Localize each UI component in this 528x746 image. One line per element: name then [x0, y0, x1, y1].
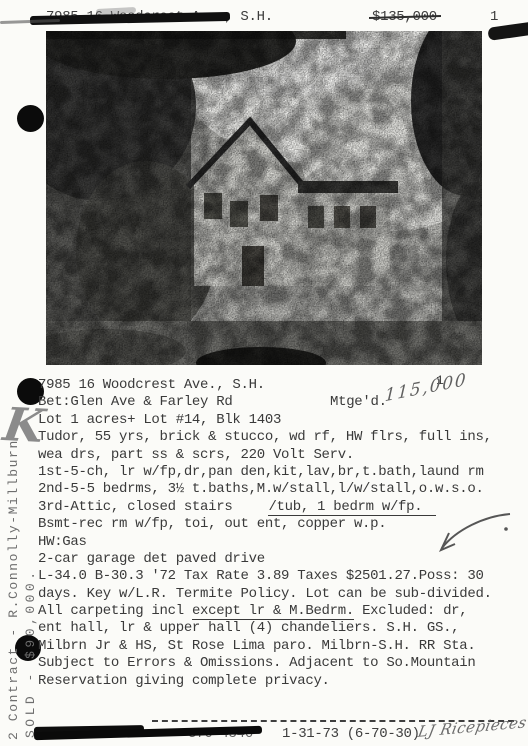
third-floor-text: 3rd-Attic, closed stairs	[38, 499, 232, 515]
third-floor-underlined-text: /tub, 1 bedrm w/fp.	[268, 499, 436, 516]
mortgage-label: Mtge'd.	[330, 394, 387, 411]
tax-row: L-34.0 B-30.3 '72 Tax Rate 3.89 Taxes $2…	[38, 568, 516, 585]
second-floor-row: 2nd-5-5 bedrms, 3½ t.baths,M.w/stall,l/w…	[38, 481, 516, 498]
reservation-row: Reservation giving complete privacy.	[38, 673, 516, 690]
listing-card-scan: 7985 16 Woodcrest Ave., S.H. $135,000 1	[0, 0, 528, 746]
description-row-2: wea drs, part ss & scrs, 220 Volt Serv.	[38, 447, 516, 464]
terms-row: days. Key w/L.R. Termite Policy. Lot can…	[38, 586, 516, 603]
first-floor-text: 1st-5-ch, lr w/fp,dr,pan den,kit,lav,br,…	[38, 464, 484, 480]
house-photo	[46, 31, 482, 365]
second-floor-text: 2nd-5-5 bedrms, 3½ t.baths,M.w/stall,l/w…	[38, 481, 484, 497]
carpet-row: All carpeting incl except lr & M.Bedrm. …	[38, 603, 516, 620]
header-line: 7985 16 Woodcrest Ave., S.H. $135,000 1	[0, 6, 528, 28]
footer-date-code: 1-31-73 (6-70-30)	[282, 726, 420, 742]
schools-text: Milbrn Jr & HS, St Rose Lima paro. Milbr…	[38, 638, 475, 654]
tax-text: L-34.0 B-30.3 '72 Tax Rate 3.89 Taxes $2…	[38, 568, 484, 584]
lot-row: Lot 1 acres+ Lot #14, Blk 1403	[38, 412, 516, 429]
first-floor-row: 1st-5-ch, lr w/fp,dr,pan den,kit,lav,br,…	[38, 464, 516, 481]
description-text: wea drs, part ss & scrs, 220 Volt Serv.	[38, 447, 354, 463]
garage-text: 2-car garage det paved drive	[38, 551, 265, 567]
description-text: Tudor, 55 yrs, brick & stucco, wd rf, HW…	[38, 429, 492, 445]
schools-row: Milbrn Jr & HS, St Rose Lima paro. Milbr…	[38, 638, 516, 655]
between-row: Bet:Glen Ave & Farley Rd Mtge'd.	[38, 394, 516, 411]
between-streets: Bet:Glen Ave & Farley Rd	[38, 394, 232, 410]
handwritten-signature: LJ Ricepieces	[416, 713, 528, 741]
subject-text: Subject to Errors & Omissions. Adjacent …	[38, 655, 475, 671]
lot-info: Lot 1 acres+ Lot #14, Blk 1403	[38, 412, 281, 428]
subject-row: Subject to Errors & Omissions. Adjacent …	[38, 655, 516, 672]
heating-text: HW:Gas	[38, 534, 87, 550]
margin-sold-note: SOLD - $90,000.	[23, 568, 38, 738]
carpet-text: All carpeting incl	[38, 603, 192, 619]
listing-address: 7985 16 Woodcrest Ave., S.H.	[38, 377, 265, 393]
handwritten-arrow	[432, 504, 516, 561]
carpet-excluded-text: Excluded: dr,	[354, 603, 467, 619]
header-price-struck: $135,000	[372, 9, 437, 25]
reservation-text: Reservation giving complete privacy.	[38, 673, 330, 689]
margin-contract-note: 2 Contract - R.Connolly-Millburn	[6, 439, 21, 740]
basement-text: Bsmt-rec rm w/fp, toi, out ent, copper w…	[38, 516, 386, 532]
terms-text: days. Key w/L.R. Termite Policy. Lot can…	[38, 586, 492, 602]
chandeliers-row: ent hall, lr & upper hall (4) chandelier…	[38, 620, 516, 637]
carpet-underlined-text: except lr & M.Bedrm.	[192, 603, 354, 620]
header-page-number: 1	[490, 9, 498, 25]
description-row-1: Tudor, 55 yrs, brick & stucco, wd rf, HW…	[38, 429, 516, 446]
punch-hole	[17, 105, 44, 132]
chandeliers-text: ent hall, lr & upper hall (4) chandelier…	[38, 620, 459, 636]
